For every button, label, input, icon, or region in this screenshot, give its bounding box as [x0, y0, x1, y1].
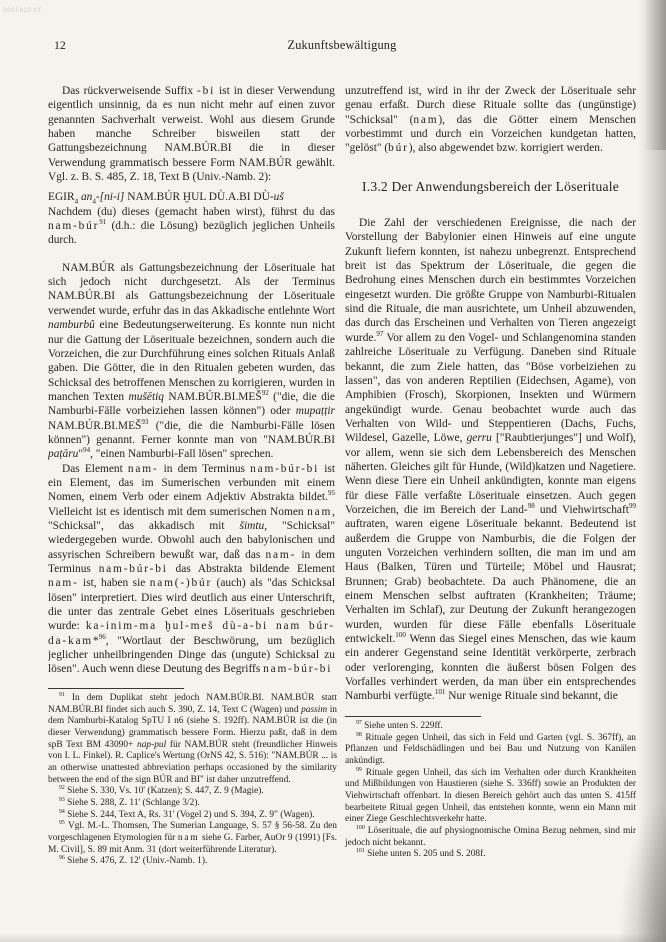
footnote-reference: 95	[328, 489, 335, 497]
footnote-number: 91	[59, 692, 65, 698]
text-run: passim	[301, 705, 327, 715]
text-run: nam	[307, 506, 332, 518]
text-run: und Viehwirtschaft	[535, 504, 629, 516]
text-run: NAM.BÚR.BI.MEŠ	[48, 420, 141, 432]
paragraph: Die Zahl der verschiedenen Ereignisse, d…	[345, 216, 636, 704]
footnote-number: 92	[59, 785, 65, 791]
text-run: nam-búr-bi	[250, 463, 319, 475]
footnote-93: 93 Siehe S. 288, Z. 11' (Schlange 3/2).	[48, 798, 337, 810]
text-run: nam-	[266, 549, 297, 561]
text-run: Siehe S. 244, Text A, Rs. 31' (Vogel 2) …	[67, 810, 315, 820]
right-footnote-list: 97 Siehe unten S. 229ff.98 Rituale gegen…	[345, 721, 636, 861]
footnote-number: 96	[59, 855, 65, 861]
footnote-94: 94 Siehe S. 244, Text A, Rs. 31' (Vogel …	[48, 810, 337, 822]
text-run: nam-búr-bi	[99, 563, 168, 575]
text-run: -[ni-i]	[96, 191, 124, 203]
text-run: nap-pul	[137, 740, 166, 750]
text-run: Nur wenige Rituale sind bekannt, die	[445, 690, 617, 702]
left-column-footnotes: 91 In dem Duplikat steht jedoch NAM.BÚR.…	[48, 688, 337, 868]
text-run: namburbû	[48, 319, 95, 331]
footnote-91: 91 In dem Duplikat steht jedoch NAM.BÚR.…	[48, 693, 337, 786]
footnote-rule-right	[345, 716, 481, 717]
text-run: Siehe S. 288, Z. 11' (Schlange 3/2).	[67, 798, 200, 808]
text-run: nam-búr-bi	[263, 663, 332, 675]
scan-watermark: 0005920.tif	[3, 7, 41, 14]
footnote-number: 99	[356, 767, 362, 773]
footnote-reference: 96	[99, 633, 106, 641]
text-run: In dem Duplikat steht jedoch NAM.BÚR.BI.…	[48, 693, 337, 715]
text-run: nam-	[48, 577, 79, 589]
footnote-99: 99 Rituale gegen Unheil, das sich im Ver…	[345, 768, 636, 826]
text-run: nam	[413, 114, 438, 126]
text-run: mušētiq	[129, 391, 164, 403]
footnote-number: 101	[356, 848, 365, 854]
text-run: nam(-)búr	[150, 577, 212, 589]
footnote-reference: 100	[395, 631, 406, 639]
text-run: das Abstrakta bildende Element	[168, 563, 335, 575]
paragraph: NAM.BÚR als Gattungsbezeichnung der Löse…	[48, 261, 335, 462]
footnote-reference: 99	[629, 502, 636, 510]
text-run: Die Zahl der verschiedenen Ereignisse, d…	[345, 217, 636, 344]
footnote-number: 97	[356, 720, 362, 726]
text-run: nam-búr	[48, 220, 99, 232]
footnote-101: 101 Siehe unten S. 205 und S. 208f.	[345, 849, 636, 861]
text-run: šimtu	[240, 520, 265, 532]
footnote-reference: 101	[435, 689, 446, 697]
book-page-scan: 0005920.tif 12 Zukunftsbewältigung Das r…	[0, 0, 666, 942]
scan-shadow-bottom-right	[620, 802, 666, 942]
text-run: EGIR	[48, 191, 75, 203]
text-run: NAM.BÚR ḪUL DÙ.A.BI DÙ-	[124, 191, 273, 203]
text-run: Siehe unten S. 229ff.	[364, 721, 443, 731]
text-run: ), also abgewendet bzw. korrigiert werde…	[409, 142, 603, 154]
text-run: gerru	[467, 432, 492, 444]
text-run: uš	[274, 191, 284, 203]
paragraph: EGIR4 an4-[ni-i] NAM.BÚR ḪUL DÙ.A.BI DÙ-…	[48, 190, 335, 204]
text-run: NAM.BÚR.BI.MEŠ	[164, 391, 262, 403]
text-run: ist in dieser Verwendung eigentlich unsi…	[48, 85, 335, 183]
text-run: Vielleicht ist es identisch mit dem sume…	[48, 506, 307, 518]
text-run: nam-	[128, 463, 159, 475]
text-run: paṭāru	[48, 448, 78, 460]
paragraph: Das rückverweisende Suffix -bi ist in di…	[48, 84, 335, 184]
footnote-98: 98 Rituale gegen Unheil, das sich in Fel…	[345, 733, 636, 768]
left-column-text: Das rückverweisende Suffix -bi ist in di…	[48, 84, 335, 688]
footnote-number: 94	[59, 808, 65, 814]
section-heading: I.3.2 Der Anwendungsbereich der Löseritu…	[345, 180, 636, 194]
footnote-92: 92 Siehe S. 330, Vs. 10' (Katzen); S. 44…	[48, 786, 337, 798]
footnote-number: 95	[59, 820, 65, 826]
footnote-reference: 98	[528, 502, 535, 510]
footnote-number: 100	[356, 825, 365, 831]
text-run: ist, haben sie	[79, 577, 150, 589]
text-run: , "einen Namburbi-Fall lösen" sprechen.	[90, 448, 273, 460]
text-run: Nachdem (du) dieses (gemacht haben wirst…	[48, 206, 335, 218]
right-column-text: unzutreffend ist, wird in ihr der Zweck …	[345, 84, 636, 714]
footnote-reference: 92	[262, 389, 269, 397]
text-run: I.3.2 Der Anwendungsbereich der Löseritu…	[362, 179, 619, 194]
paragraph: Das Element nam- in dem Terminus nam-búr…	[48, 462, 335, 677]
running-title: Zukunftsbewältigung	[48, 38, 636, 53]
text-run: NAM.BÚR als Gattungsbezeichnung der Löse…	[48, 262, 335, 317]
footnote-97: 97 Siehe unten S. 229ff.	[345, 721, 636, 733]
text-run: Vor allem zu den Vogel- und Schlangenomi…	[345, 332, 636, 444]
paragraph: unzutreffend ist, wird in ihr der Zweck …	[345, 84, 636, 156]
page-header: 12 Zukunftsbewältigung	[48, 38, 636, 54]
footnote-number: 93	[59, 797, 65, 803]
text-run: Siehe unten S. 205 und S. 208f.	[367, 849, 486, 859]
footnote-100: 100 Löserituale, die auf physiognomische…	[345, 826, 636, 849]
footnote-rule-left	[48, 688, 184, 689]
footnote-95: 95 Vgl. M.-L. Thomsen, The Sumerian Lang…	[48, 821, 337, 856]
text-run: an	[81, 191, 92, 203]
right-column-footnotes: 97 Siehe unten S. 229ff.98 Rituale gegen…	[345, 716, 636, 861]
text-run: in dem Terminus	[159, 463, 251, 475]
paragraph: Nachdem (du) dieses (gemacht haben wirst…	[48, 205, 335, 248]
footnote-96: 96 Siehe S. 476, Z. 12' (Univ.-Namb. 1).	[48, 856, 337, 868]
text-run: Rituale gegen Unheil, das sich im Verhal…	[345, 768, 636, 825]
text-run: Das rückverweisende Suffix	[62, 85, 197, 97]
text-run: Rituale gegen Unheil, das sich in Feld u…	[345, 733, 636, 766]
text-run: mupaṭṭir	[296, 405, 335, 417]
scan-shadow-top-right	[644, 0, 666, 150]
text-run: Löserituale, die auf physiognomische Omi…	[345, 826, 636, 848]
text-run: Siehe S. 330, Vs. 10' (Katzen); S. 447, …	[67, 786, 264, 796]
text-run: Das Element	[62, 463, 128, 475]
text-run: nam	[178, 833, 200, 843]
text-run: -bi	[197, 85, 215, 97]
text-run: auftraten, waren eigene Löserituale beka…	[345, 518, 636, 645]
left-footnote-list: 91 In dem Duplikat steht jedoch NAM.BÚR.…	[48, 693, 337, 868]
scan-shadow-bottom-edge	[0, 933, 666, 942]
footnote-number: 98	[356, 732, 362, 738]
text-run: Siehe S. 476, Z. 12' (Univ.-Namb. 1).	[67, 856, 207, 866]
text-run: búr	[388, 142, 409, 154]
